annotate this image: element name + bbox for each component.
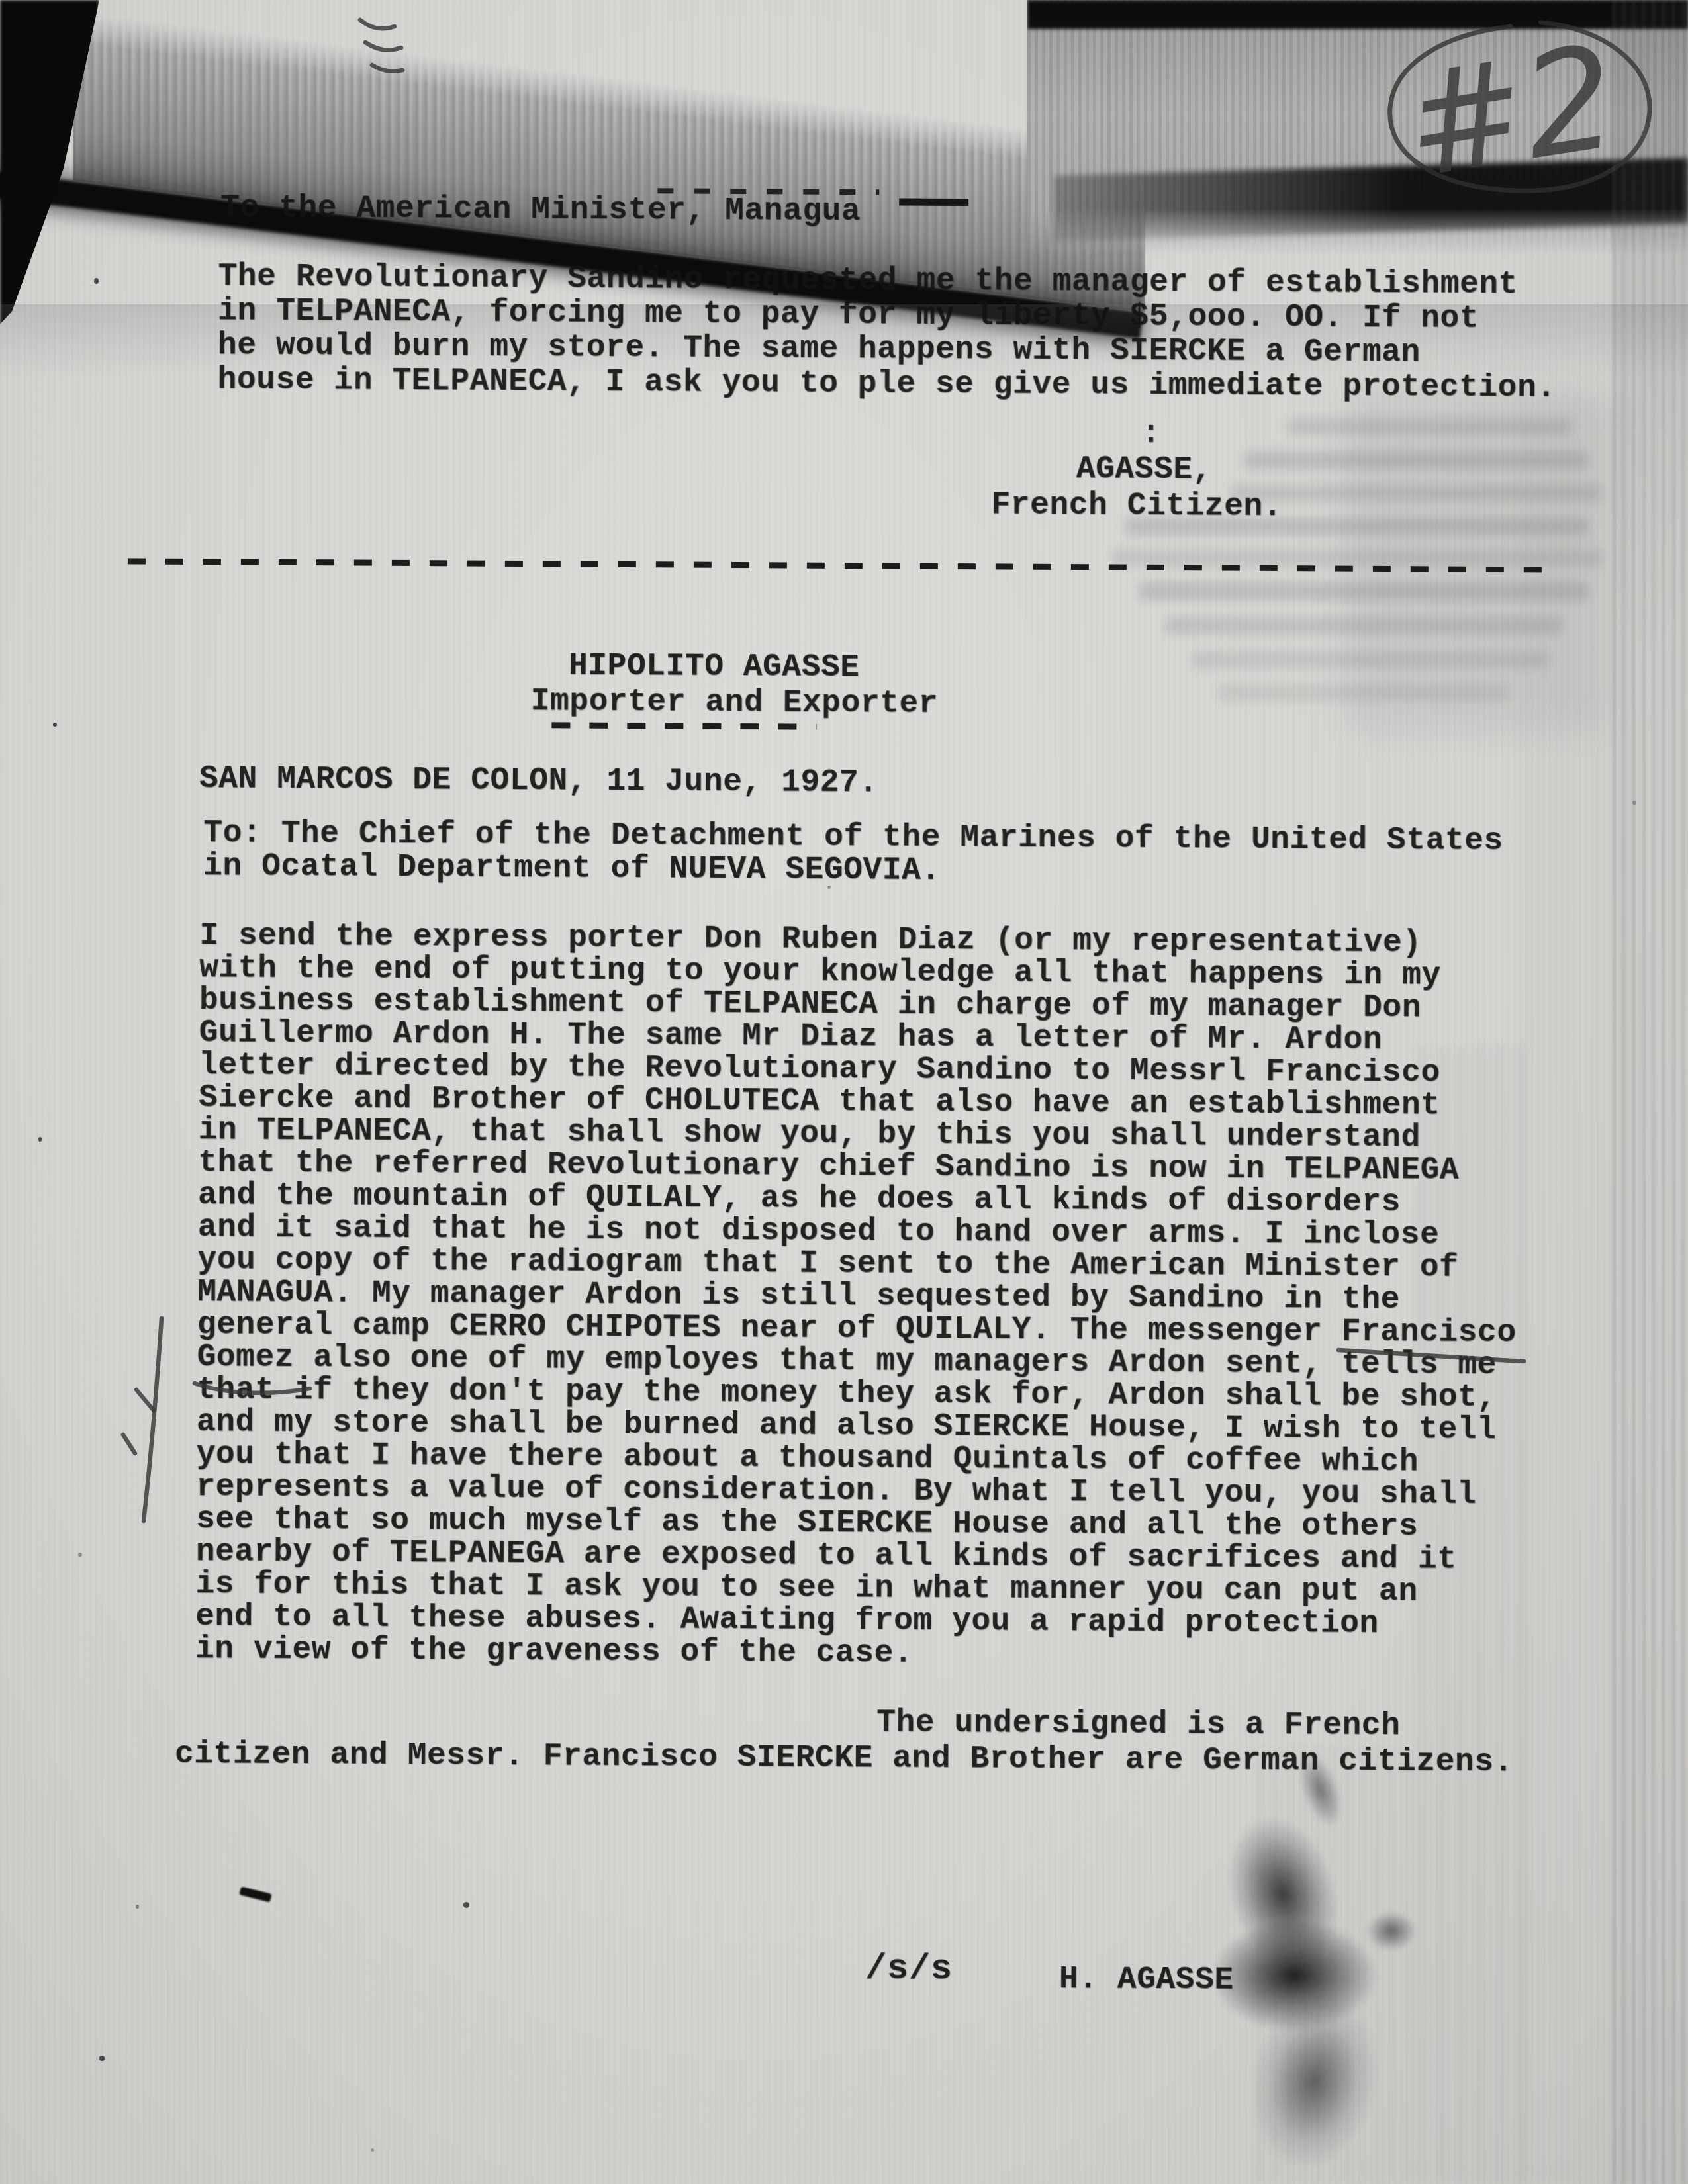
typed-dash-separator: [128, 558, 1552, 572]
closing-line-1: The undersigned is a French: [876, 1705, 1401, 1744]
speck: [94, 278, 99, 284]
dateline: SAN MARCOS DE COLON, 11 June, 1927.: [199, 761, 878, 801]
speck: [78, 1553, 82, 1557]
radiogram-body: The Revolutionary Sandino requested me t…: [217, 259, 1556, 405]
signature-initials: /s/s: [865, 1948, 953, 1989]
radiogram-salutation: To the American Minister, Managua: [220, 190, 861, 230]
speck: [38, 1137, 42, 1142]
letter-body: I send the express porter Don Ruben Diaz…: [195, 920, 1519, 1674]
scanned-letter-page: #2 To the American Minister, Managua The…: [0, 0, 1688, 2184]
typed-dash-rule-top-long: [899, 198, 968, 206]
addressee-block: To: The Chief of the Detachment of the M…: [203, 817, 1503, 891]
letterhead-name: HIPOLITO AGASSE: [569, 648, 860, 686]
letterhead-subtitle: Importer and Exporter: [530, 684, 938, 722]
typed-dash-rule-letterhead: [551, 722, 816, 729]
signature-name: H. AGASSE: [1059, 1962, 1234, 1999]
speck: [53, 723, 57, 727]
speck: [1632, 801, 1636, 805]
speck: [136, 1905, 139, 1909]
speck: [827, 886, 831, 889]
radiogram-signature-title: French Citizen.: [991, 487, 1282, 525]
radiogram-colon-mark: :: [1141, 416, 1161, 452]
speck: [371, 2148, 374, 2152]
speck: [99, 2056, 105, 2061]
ink-blot-satellite: [1358, 1905, 1425, 1958]
radiogram-signature-name: AGASSE,: [1076, 451, 1212, 488]
speck: [463, 1902, 469, 1908]
typed-text-layer: To the American Minister, Managua The Re…: [0, 0, 1688, 2184]
